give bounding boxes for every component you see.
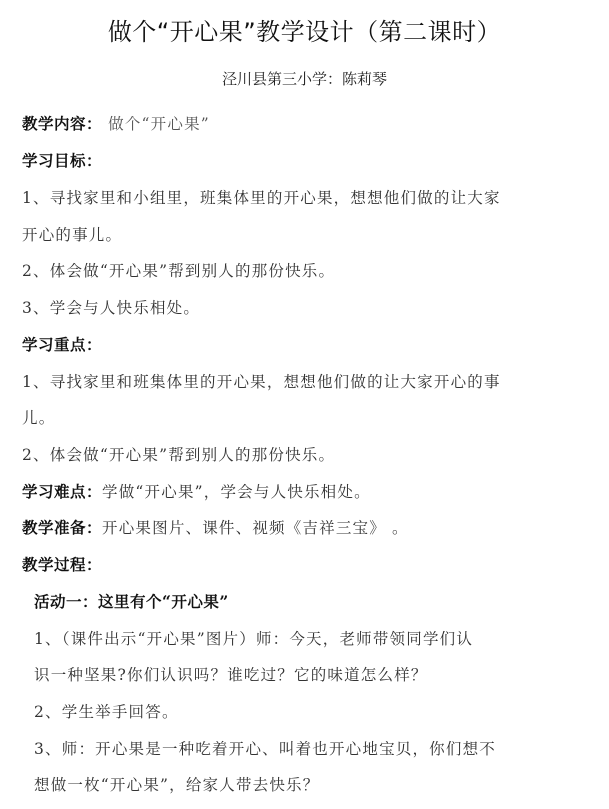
process-item: 2、学生举手回答。 xyxy=(34,700,179,722)
process-heading: 教学过程： xyxy=(22,553,102,575)
teaching-content-value: 做个“开心果” xyxy=(102,115,210,133)
difficulty-row: 学习难点：学做“开心果”，学会与人快乐相处。 xyxy=(22,480,371,502)
preparation-row: 教学准备：开心果图片、课件、视频《吉祥三宝》 。 xyxy=(22,516,409,538)
process-item: 想做一枚“开心果”，给家人带去快乐？ xyxy=(34,773,319,795)
preparation-value: 开心果图片、课件、视频《吉祥三宝》 。 xyxy=(102,519,409,537)
teaching-content-row: 教学内容： 做个“开心果” xyxy=(22,112,210,134)
activity-title: 活动一：这里有个“开心果” xyxy=(34,590,229,612)
objectives-heading: 学习目标： xyxy=(22,149,102,171)
key-point-item: 1、寻找家里和班集体里的开心果，想想他们做的让大家开心的事 xyxy=(22,370,501,392)
process-item: 1、（课件出示“开心果”图片）师：今天，老师带领同学们认 xyxy=(34,627,473,649)
objective-item: 开心的事儿。 xyxy=(22,223,122,245)
key-point-item: 2、体会做“开心果”帮到别人的那份快乐。 xyxy=(22,443,335,465)
key-points-heading: 学习重点： xyxy=(22,333,102,355)
author-line: 泾川县第三小学：陈莉琴 xyxy=(0,68,609,89)
preparation-label: 教学准备： xyxy=(22,518,102,537)
difficulty-value: 学做“开心果”，学会与人快乐相处。 xyxy=(102,483,371,501)
objective-item: 2、体会做“开心果”帮到别人的那份快乐。 xyxy=(22,259,335,281)
objective-item: 1、寻找家里和小组里，班集体里的开心果，想想他们做的让大家 xyxy=(22,186,501,208)
teaching-content-label: 教学内容： xyxy=(22,114,102,133)
objective-item: 3、学会与人快乐相处。 xyxy=(22,296,200,318)
process-item: 识一种坚果?你们认识吗？谁吃过？它的味道怎么样？ xyxy=(34,663,428,685)
document-title: 做个“开心果”教学设计（第二课时） xyxy=(0,12,609,47)
process-item: 3、师：开心果是一种吃着开心、叫着也开心地宝贝，你们想不 xyxy=(34,737,496,759)
key-point-item: 儿。 xyxy=(22,406,55,428)
difficulty-label: 学习难点： xyxy=(22,482,102,501)
